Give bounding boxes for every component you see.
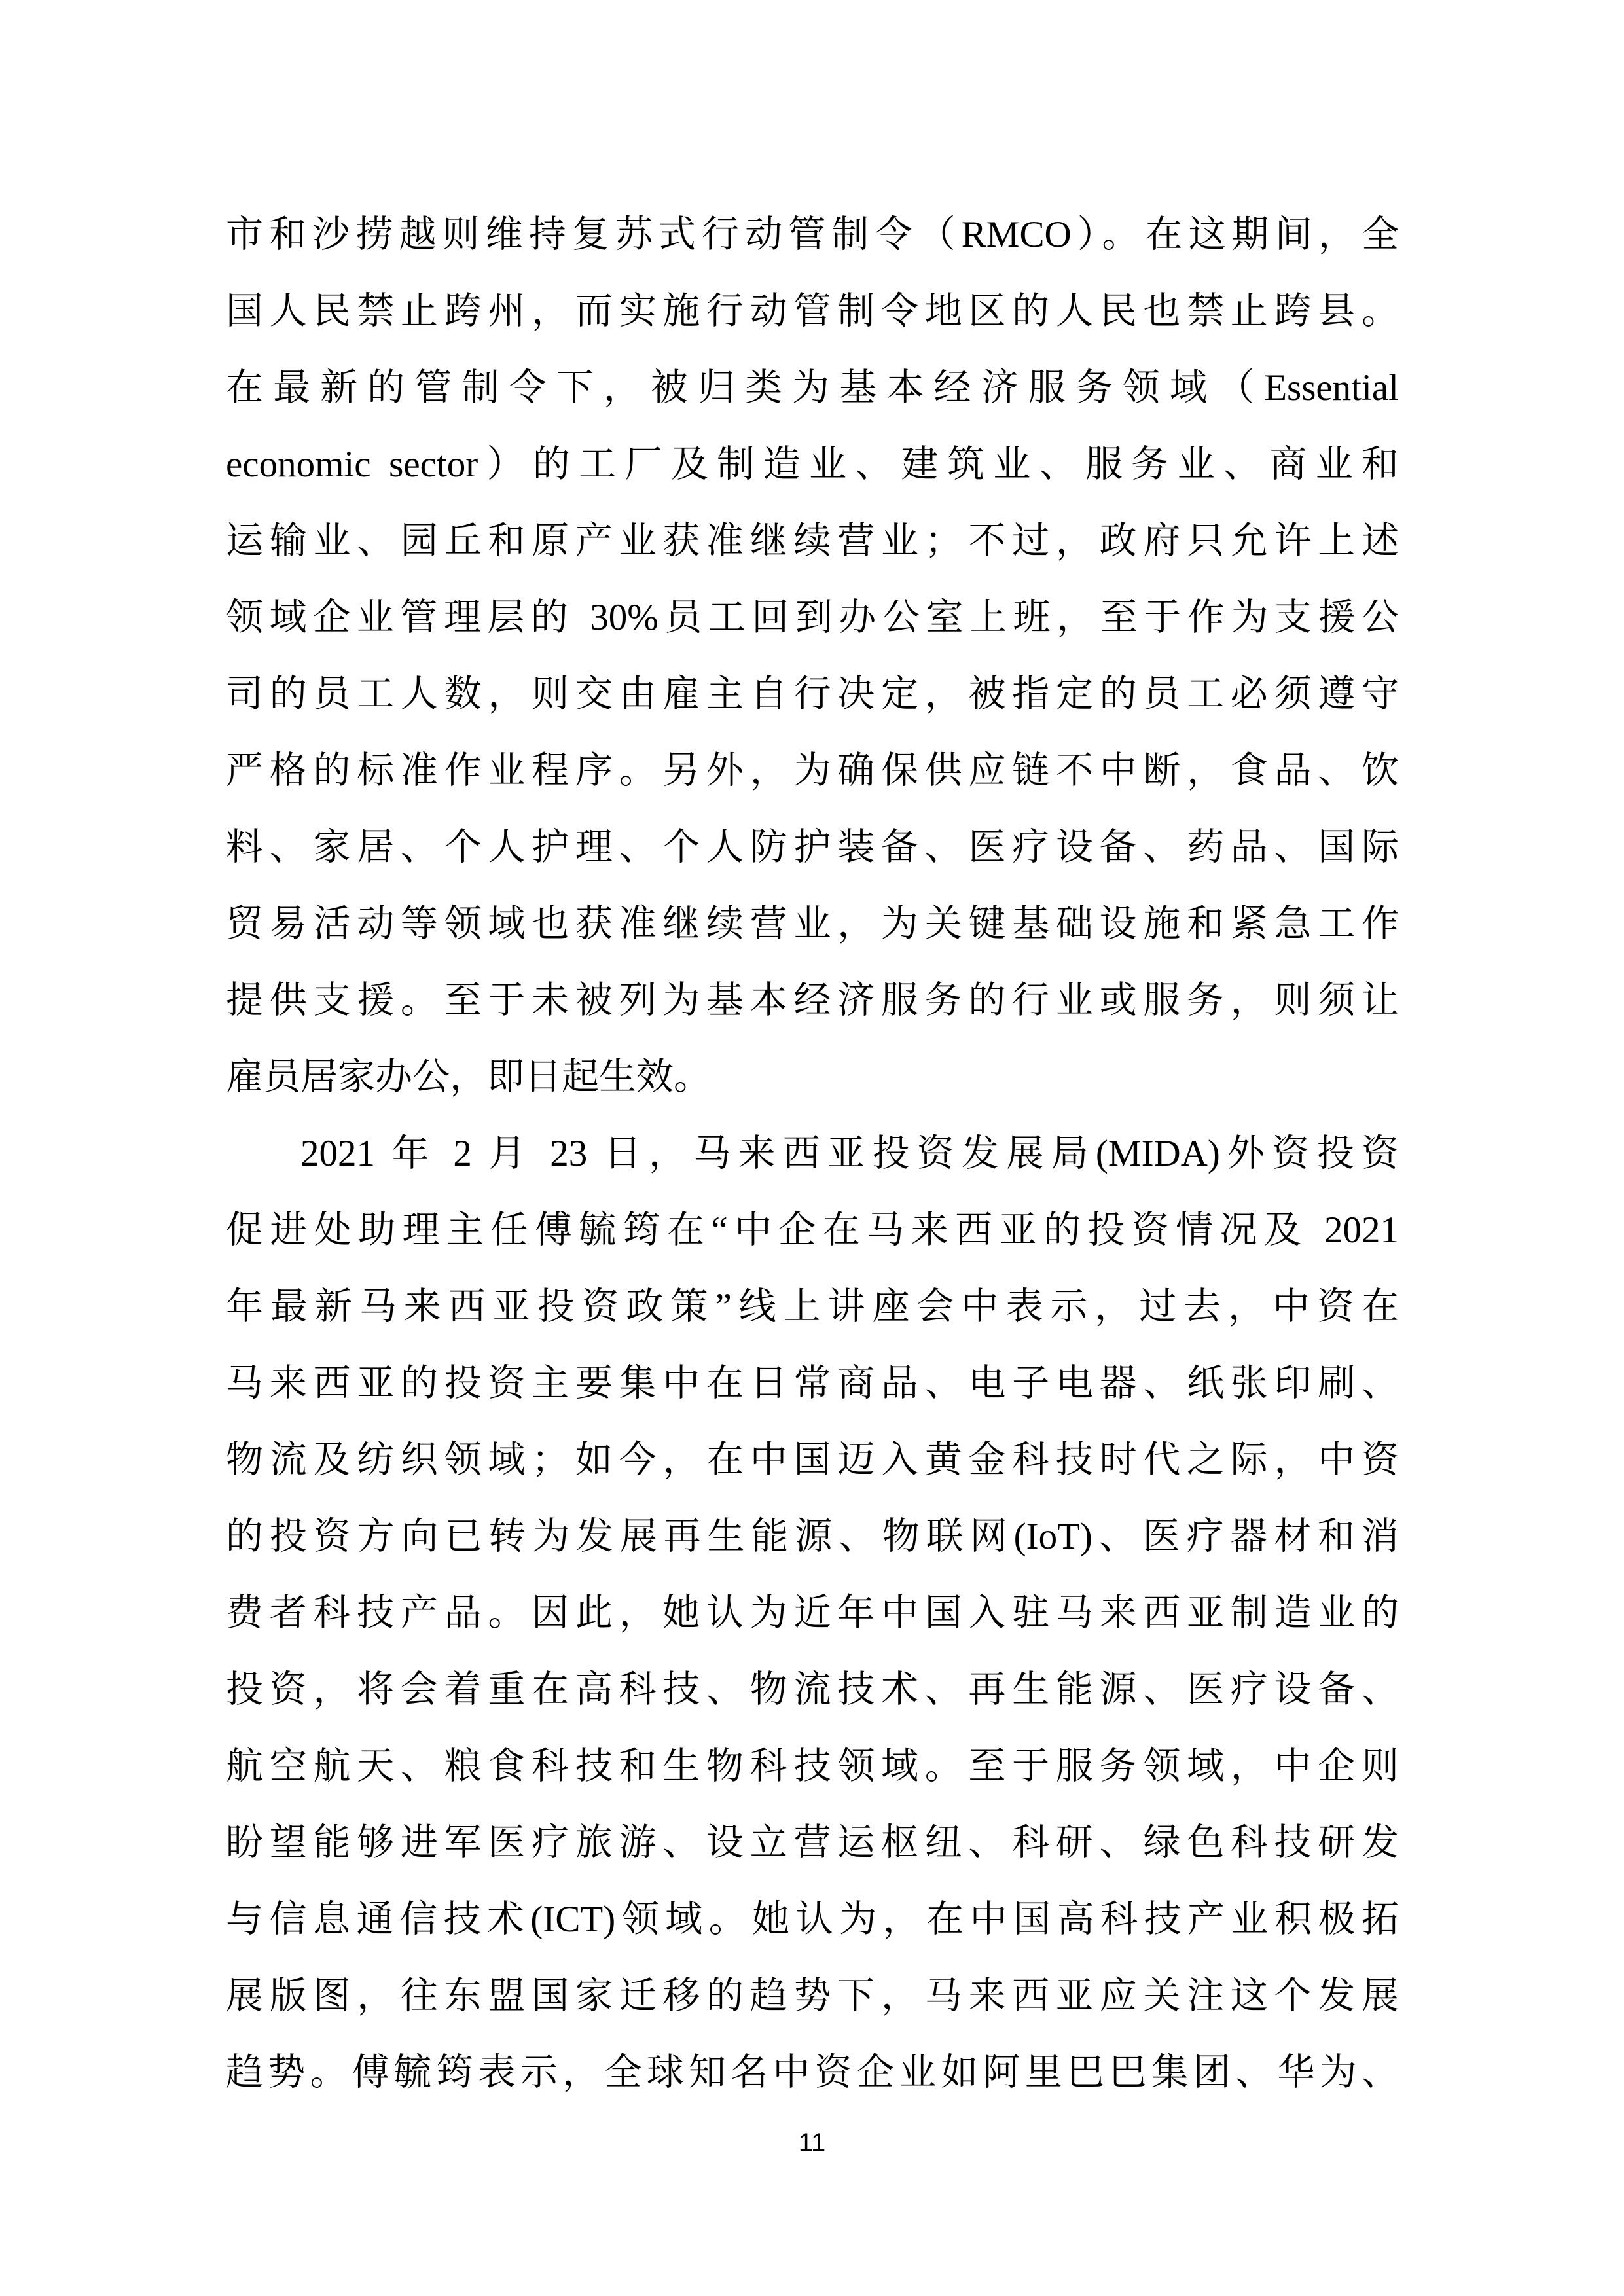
text-line-22: 盼望能够进军医疗旅游、设立营运枢纽、科研、绿色科技研发 [226, 1804, 1399, 1881]
text-line-8: 严格的标准作业程序。另外，为确保供应链不中断，食品、饮 [226, 732, 1399, 809]
text-line-4: economic sector）的工厂及制造业、建筑业、服务业、商业和 [226, 426, 1399, 503]
text-line-20: 投资，将会着重在高科技、物流技术、再生能源、医疗设备、 [226, 1651, 1399, 1728]
text-line-17: 物流及纺织领域；如今，在中国迈入黄金科技时代之际，中资 [226, 1422, 1399, 1498]
text-line-15: 年最新马来西亚投资政策”线上讲座会中表示，过去，中资在 [226, 1268, 1399, 1345]
text-line-18: 的投资方向已转为发展再生能源、物联网(IoT)、医疗器材和消 [226, 1498, 1399, 1575]
document-page: 市和沙捞越则维持复苏式行动管制令（RMCO）。在这期间，全 国人民禁止跨州，而实… [0, 0, 1624, 2296]
text-line-5: 运输业、园丘和原产业获准继续营业；不过，政府只允许上述 [226, 503, 1399, 579]
text-line-25: 趋势。傅毓筠表示，全球知名中资企业如阿里巴巴集团、华为、 [226, 2034, 1399, 2111]
body-text: 市和沙捞越则维持复苏式行动管制令（RMCO）。在这期间，全 国人民禁止跨州，而实… [226, 196, 1399, 2111]
text-line-24: 展版图，往东盟国家迁移的趋势下，马来西亚应关注这个发展 [226, 1958, 1399, 2034]
text-line-16: 马来西亚的投资主要集中在日常商品、电子电器、纸张印刷、 [226, 1345, 1399, 1422]
page-number: 11 [0, 2126, 1624, 2160]
text-line-11: 提供支援。至于未被列为基本经济服务的行业或服务，则须让 [226, 962, 1399, 1039]
text-line-14: 促进处助理主任傅毓筠在“中企在马来西亚的投资情况及 2021 [226, 1192, 1399, 1268]
text-line-13: 2021 年 2 月 23 日，马来西亚投资发展局(MIDA)外资投资 [226, 1115, 1399, 1192]
text-line-9: 料、家居、个人护理、个人防护装备、医疗设备、药品、国际 [226, 809, 1399, 886]
text-line-6: 领域企业管理层的 30%员工回到办公室上班，至于作为支援公 [226, 579, 1399, 656]
text-line-19: 费者科技产品。因此，她认为近年中国入驻马来西亚制造业的 [226, 1575, 1399, 1651]
text-line-23: 与信息通信技术(ICT)领域。她认为，在中国高科技产业积极拓 [226, 1881, 1399, 1958]
text-line-1: 市和沙捞越则维持复苏式行动管制令（RMCO）。在这期间，全 [226, 196, 1399, 273]
text-line-10: 贸易活动等领域也获准继续营业，为关键基础设施和紧急工作 [226, 886, 1399, 962]
text-line-21: 航空航天、粮食科技和生物科技领域。至于服务领域，中企则 [226, 1728, 1399, 1804]
text-line-2: 国人民禁止跨州，而实施行动管制令地区的人民也禁止跨县。 [226, 273, 1399, 350]
text-line-3: 在最新的管制令下，被归类为基本经济服务领域（Essential [226, 350, 1399, 426]
text-line-12: 雇员居家办公，即日起生效。 [226, 1039, 1399, 1115]
text-line-7: 司的员工人数，则交由雇主自行决定，被指定的员工必须遵守 [226, 656, 1399, 732]
